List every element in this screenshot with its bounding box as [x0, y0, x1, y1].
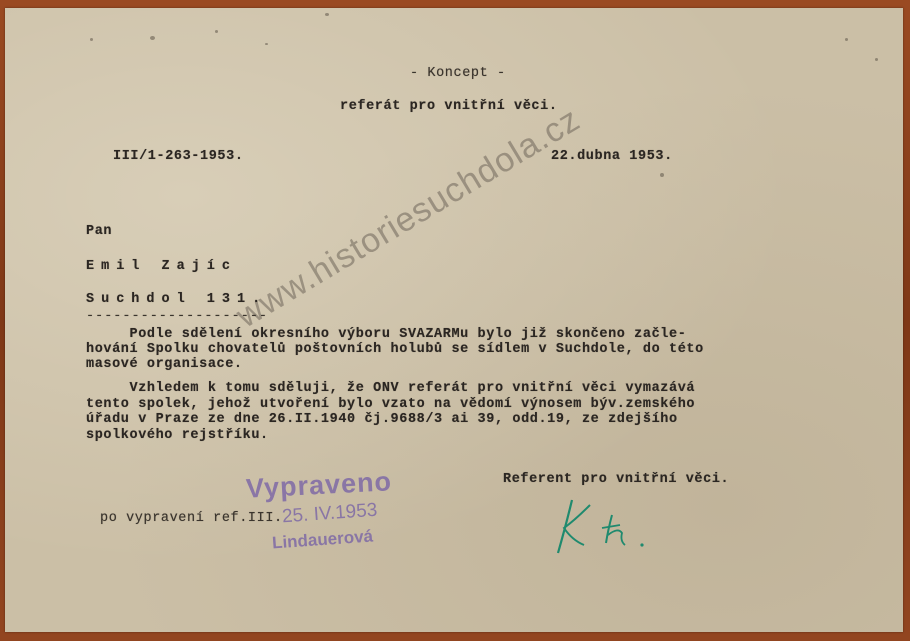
body-line: spolkového rejstříku. — [86, 428, 269, 444]
signatory-title: Referent pro vnitřní věci. — [503, 472, 729, 488]
paper-speck — [875, 58, 878, 61]
paper-speck — [150, 36, 155, 40]
recipient-salutation: Pan — [86, 224, 112, 240]
body-line: tento spolek, jehož utvoření bylo vzato … — [86, 397, 695, 413]
body-line: hování Spolku chovatelů poštovních holub… — [86, 342, 704, 358]
body-line: Vzhledem k tomu sděluji, že ONV referát … — [86, 381, 695, 397]
body-line: Podle sdělení okresního výboru SVAZARMu … — [86, 327, 686, 343]
body-line: masové organisace. — [86, 357, 243, 373]
body-line: úřadu v Praze ze dne 26.II.1940 čj.9688/… — [86, 412, 678, 428]
paper-speck — [660, 173, 664, 177]
footer-note: po vypravení ref.III. — [100, 511, 283, 527]
department-title: referát pro vnitřní věci. — [340, 99, 558, 115]
paper-speck — [90, 38, 93, 41]
recipient-name: Emil Zajíc — [86, 259, 237, 275]
separator-line: -------------------- — [86, 309, 268, 325]
paper-speck — [265, 43, 268, 45]
paper-speck — [325, 13, 329, 16]
recipient-address: Suchdol 131. — [86, 292, 267, 308]
paper-speck — [845, 38, 848, 41]
paper-speck — [215, 30, 218, 33]
document-heading: - Koncept - — [410, 66, 506, 82]
document-date: 22.dubna 1953. — [551, 149, 673, 165]
handwritten-signature — [550, 495, 660, 555]
reference-number: III/1-263-1953. — [113, 149, 244, 165]
